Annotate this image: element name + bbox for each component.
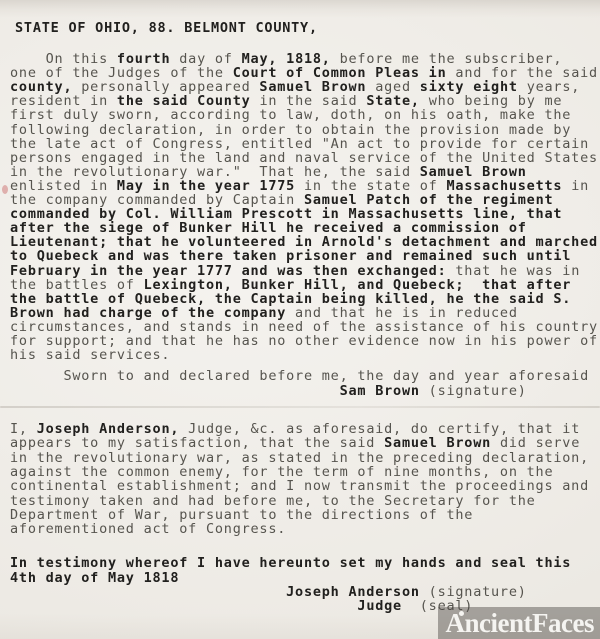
ancientfaces-watermark: AncientFaces xyxy=(438,607,600,639)
document-line: the battles of Lexington, Bunker Hill, a… xyxy=(10,279,571,292)
document-page: STATE OF OHIO, 88. BELMONT COUNTY, On th… xyxy=(0,0,600,639)
document-line: the battle of Quebeck, the Captain being… xyxy=(10,293,571,306)
document-line: enlisted in May in the year 1775 in the … xyxy=(10,180,589,193)
document-line: February in the year 1777 and was then e… xyxy=(10,265,580,278)
document-line: first duly sworn, according to law, doth… xyxy=(10,109,571,122)
logo-dot-icon xyxy=(459,611,464,616)
document-line: On this fourth day of May, 1818, before … xyxy=(10,53,562,66)
document-line: county, personally appeared Samuel Brown… xyxy=(10,81,580,94)
document-line: Department of War, pursuant to the direc… xyxy=(10,509,473,522)
document-line: for support; and that he has no other ev… xyxy=(10,335,598,348)
document-line: resident in the said County in the said … xyxy=(10,95,562,108)
document-line: against the common enemy, for the term o… xyxy=(10,466,553,479)
document-line: to Quebeck and was there taken prisoner … xyxy=(10,250,571,263)
document-line: Joseph Anderson (signature) xyxy=(10,586,527,599)
document-heading: STATE OF OHIO, 88. BELMONT COUNTY, xyxy=(15,22,318,35)
document-line: 4th day of May 1818 xyxy=(10,572,179,585)
document-line: Brown had charge of the company and that… xyxy=(10,307,518,320)
document-line: in the revolutionary war, as stated in t… xyxy=(10,452,589,465)
document-line: commanded by Col. William Prescott in Ma… xyxy=(10,208,562,221)
document-line: In testimony whereof I have hereunto set… xyxy=(10,557,571,570)
document-line: aforementioned act of Congress. xyxy=(10,523,286,536)
document-line: his said services. xyxy=(10,349,170,362)
document-line: Sworn to and declared before me, the day… xyxy=(10,370,589,383)
document-line: persons engaged in the land and naval se… xyxy=(10,152,598,165)
document-line: the company commanded by Captain Samuel … xyxy=(10,194,553,207)
document-line: after the siege of Bunker Hill he receiv… xyxy=(10,222,527,235)
watermark-label: AncientFaces xyxy=(446,608,594,638)
document-line: in the revolutionary war." That he, the … xyxy=(10,166,527,179)
document-line: one of the Judges of the Court of Common… xyxy=(10,67,598,80)
document-text: STATE OF OHIO, 88. BELMONT COUNTY, On th… xyxy=(0,0,600,639)
document-line: Judge (seal) xyxy=(10,600,473,613)
ancientfaces-logo: AncientFaces xyxy=(446,610,594,637)
document-line: following declaration, in order to obtai… xyxy=(10,124,571,137)
document-line: Sam Brown (signature) xyxy=(10,385,527,398)
document-line: continental establishment; and I now tra… xyxy=(10,480,589,493)
paper-speck xyxy=(2,185,8,194)
document-line: Lieutenant; that he volunteered in Arnol… xyxy=(10,236,598,249)
document-line: circumstances, and stands in need of the… xyxy=(10,321,598,334)
document-line: appears to my satisfaction, that the sai… xyxy=(10,437,580,450)
fold-crease xyxy=(0,406,600,408)
document-line: testimony taken and had before me, to th… xyxy=(10,495,536,508)
document-line: the late act of Congress, entitled "An a… xyxy=(10,138,589,151)
document-line: I, Joseph Anderson, Judge, &c. as afores… xyxy=(10,423,580,436)
